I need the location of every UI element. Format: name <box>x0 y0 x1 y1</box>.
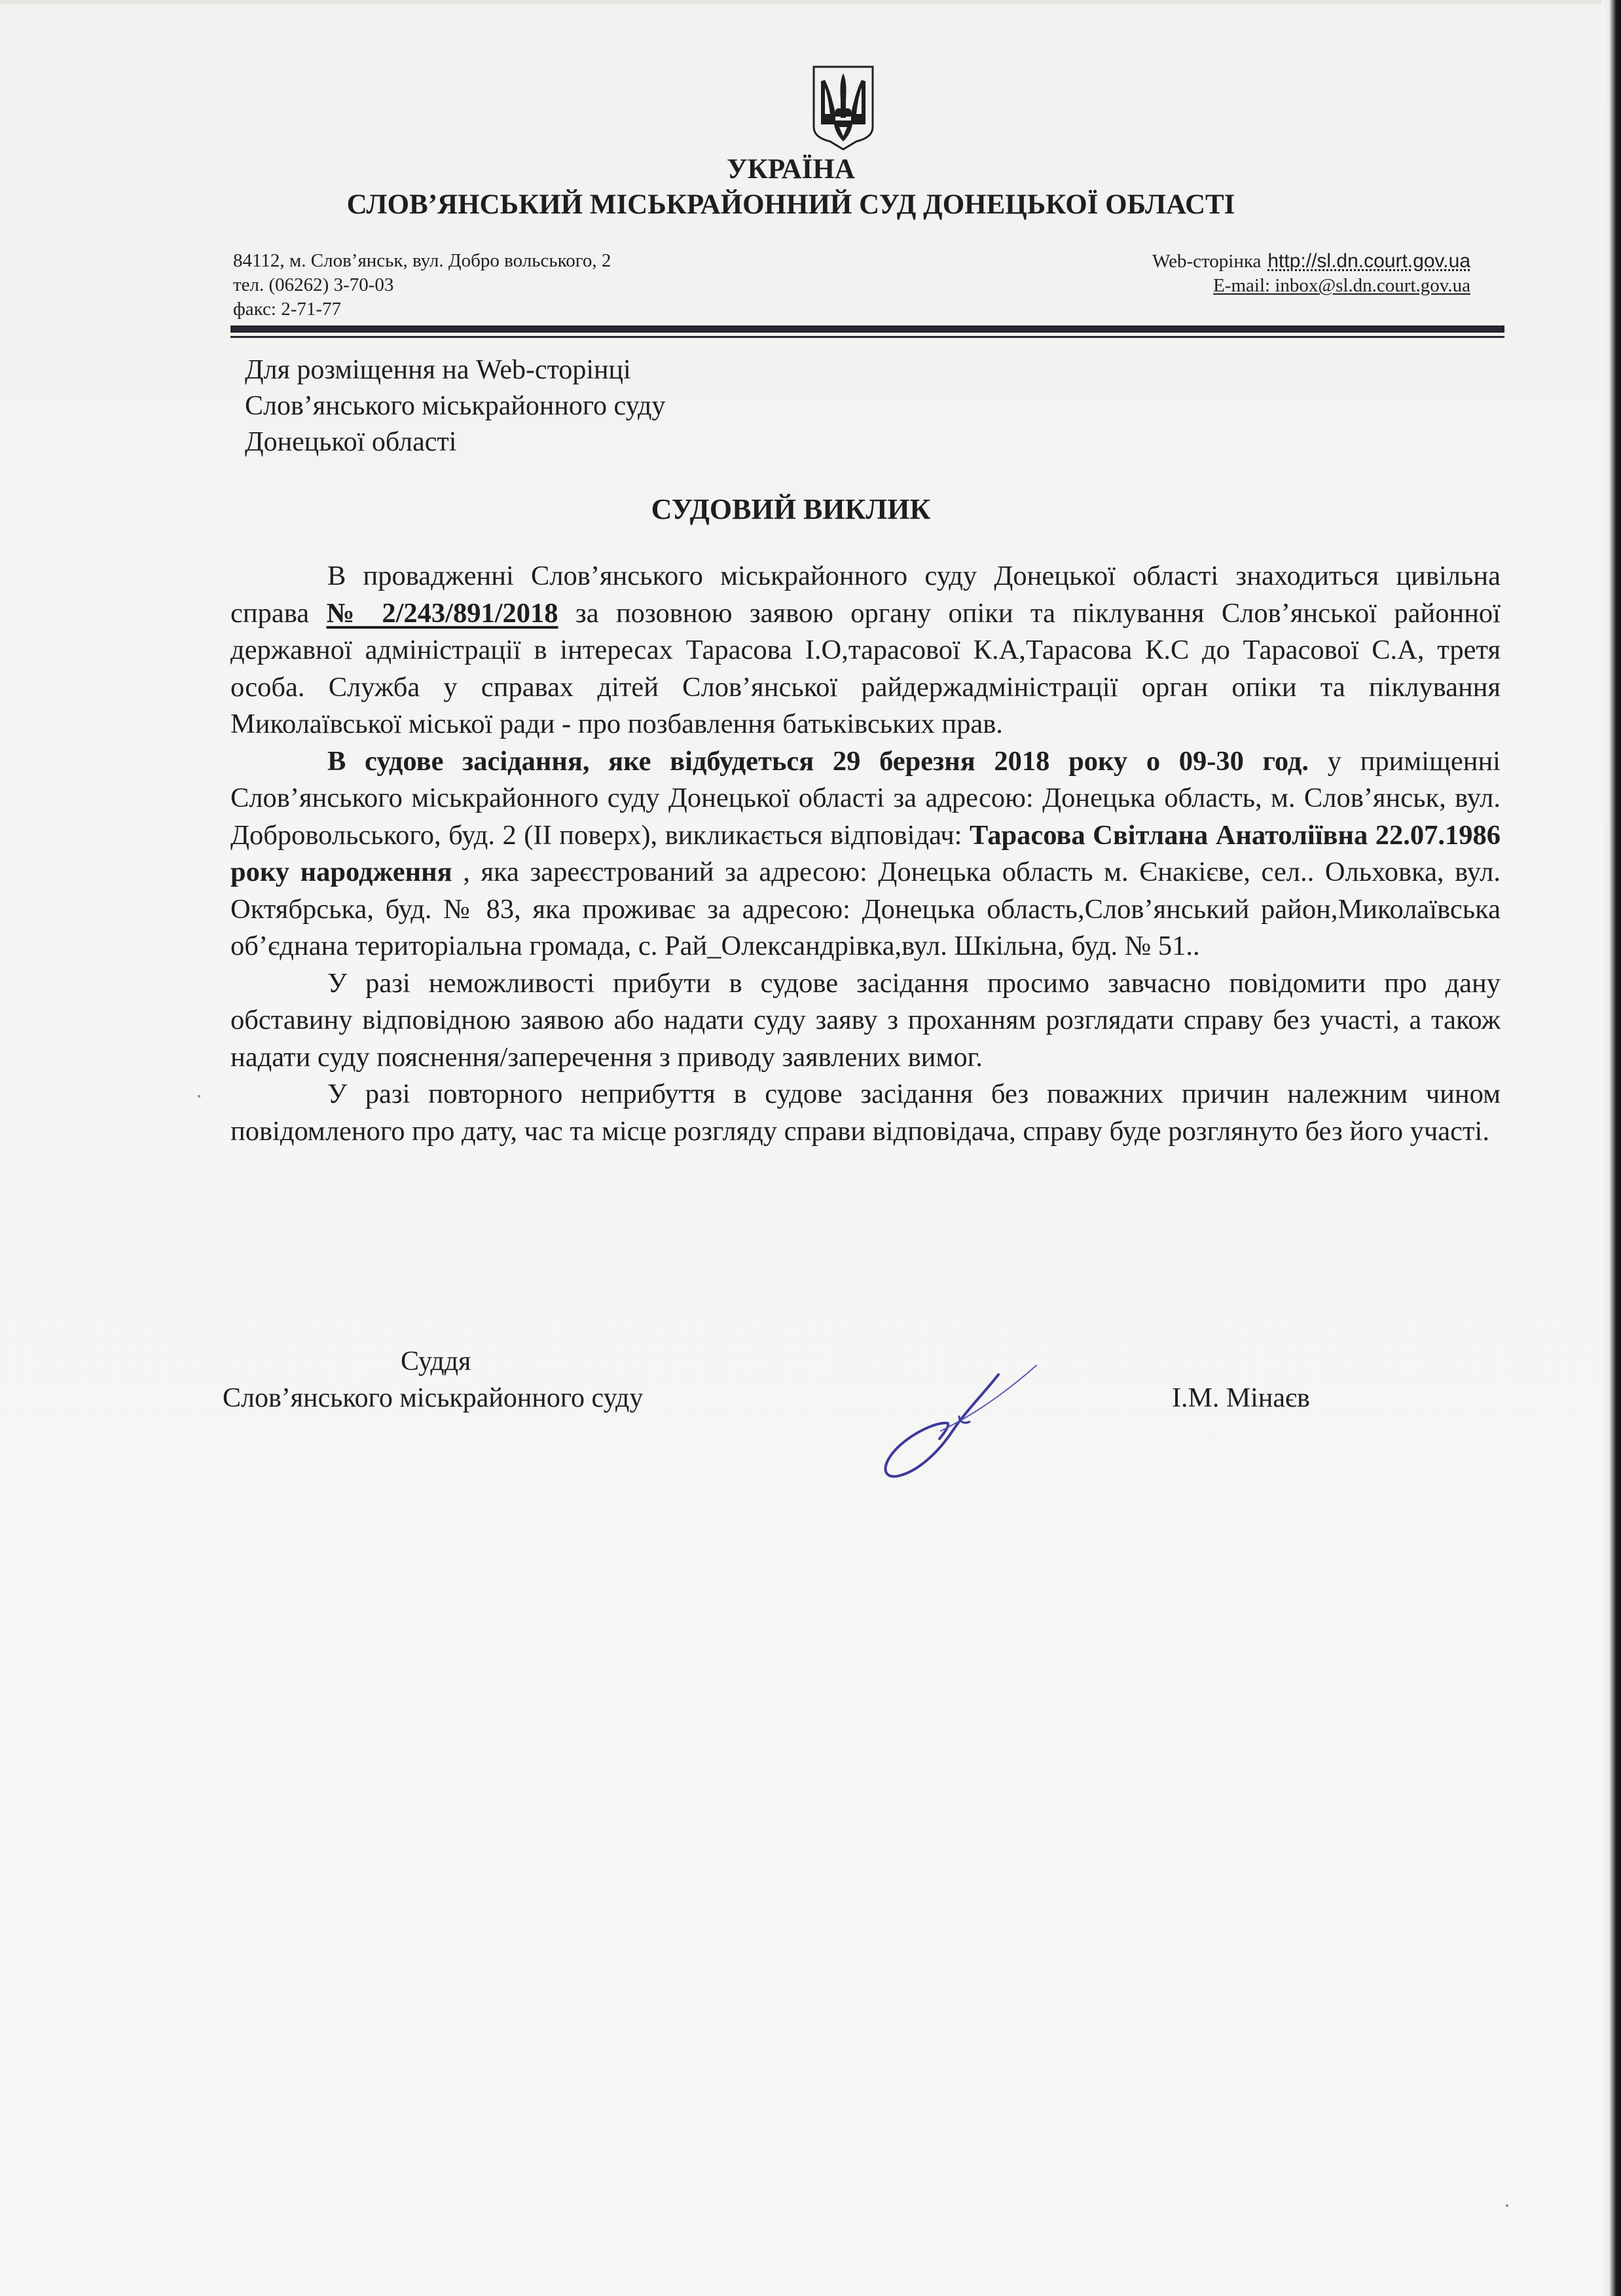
header-divider-thin <box>230 336 1504 338</box>
ukraine-coat-of-arms-icon <box>810 64 876 152</box>
website-link[interactable]: http://sl.dn.court.gov.ua <box>1267 250 1470 272</box>
scan-speck <box>1506 2204 1508 2207</box>
court-name-heading: СЛОВ’ЯНСЬКИЙ МІСЬКРАЙОННИЙ СУД ДОНЕЦЬКОЇ… <box>0 189 1582 221</box>
header-divider-thick <box>230 325 1504 333</box>
court-contacts-right: Web-сторінкаhttp://sl.dn.court.gov.ua E-… <box>1152 249 1470 298</box>
placement-note-line: Донецької області <box>245 424 665 460</box>
court-address: 84112, м. Слов’янськ, вул. Добро вольськ… <box>233 249 611 273</box>
handwritten-signature-icon <box>867 1359 1038 1490</box>
country-heading: УКРАЇНА <box>0 153 1582 185</box>
hearing-date-time: В судове засідання, яке відбудеться 29 б… <box>327 746 1309 777</box>
placement-note: Для розміщення на Web-сторінці Слов’янсь… <box>245 352 665 460</box>
paragraph-case-info: В провадженні Слов’янського міськрайонно… <box>230 558 1501 743</box>
paragraph-absence-notice: У разі неможливості прибути в судове зас… <box>230 965 1501 1077</box>
paragraph-hearing: В судове засідання, яке відбудеться 29 б… <box>230 743 1501 965</box>
scan-speck <box>198 1095 200 1098</box>
court-phone: тел. (06262) 3-70-03 <box>233 273 611 297</box>
signature-block: Суддя Слов’янського міськрайонного суду … <box>223 1346 1506 1496</box>
placement-note-line: Для розміщення на Web-сторінці <box>245 352 665 388</box>
judge-name: І.М. Мінаєв <box>1172 1382 1310 1414</box>
document-body: В провадженні Слов’янського міськрайонно… <box>230 558 1501 1150</box>
paragraph-repeat-absence: У разі повторного неприбуття в судове за… <box>230 1076 1501 1150</box>
placement-note-line: Слов’янського міськрайонного суду <box>245 388 665 424</box>
judge-role: Суддя <box>401 1346 471 1377</box>
document-title: СУДОВИЙ ВИКЛИК <box>0 492 1582 526</box>
scan-top-edge <box>0 0 1601 4</box>
document-page: УКРАЇНА СЛОВ’ЯНСЬКИЙ МІСЬКРАЙОННИЙ СУД Д… <box>0 0 1601 2296</box>
email-link[interactable]: E-mail: inbox@sl.dn.court.gov.ua <box>1213 275 1470 296</box>
web-page-label: Web-сторінка <box>1152 251 1261 272</box>
case-number: № 2/243/891/2018 <box>326 598 558 629</box>
scan-right-edge <box>1601 0 1621 2296</box>
judge-court: Слов’янського міськрайонного суду <box>223 1382 643 1414</box>
court-fax: факс: 2-71-77 <box>233 297 611 322</box>
court-contacts-left: 84112, м. Слов’янськ, вул. Добро вольськ… <box>233 249 611 322</box>
